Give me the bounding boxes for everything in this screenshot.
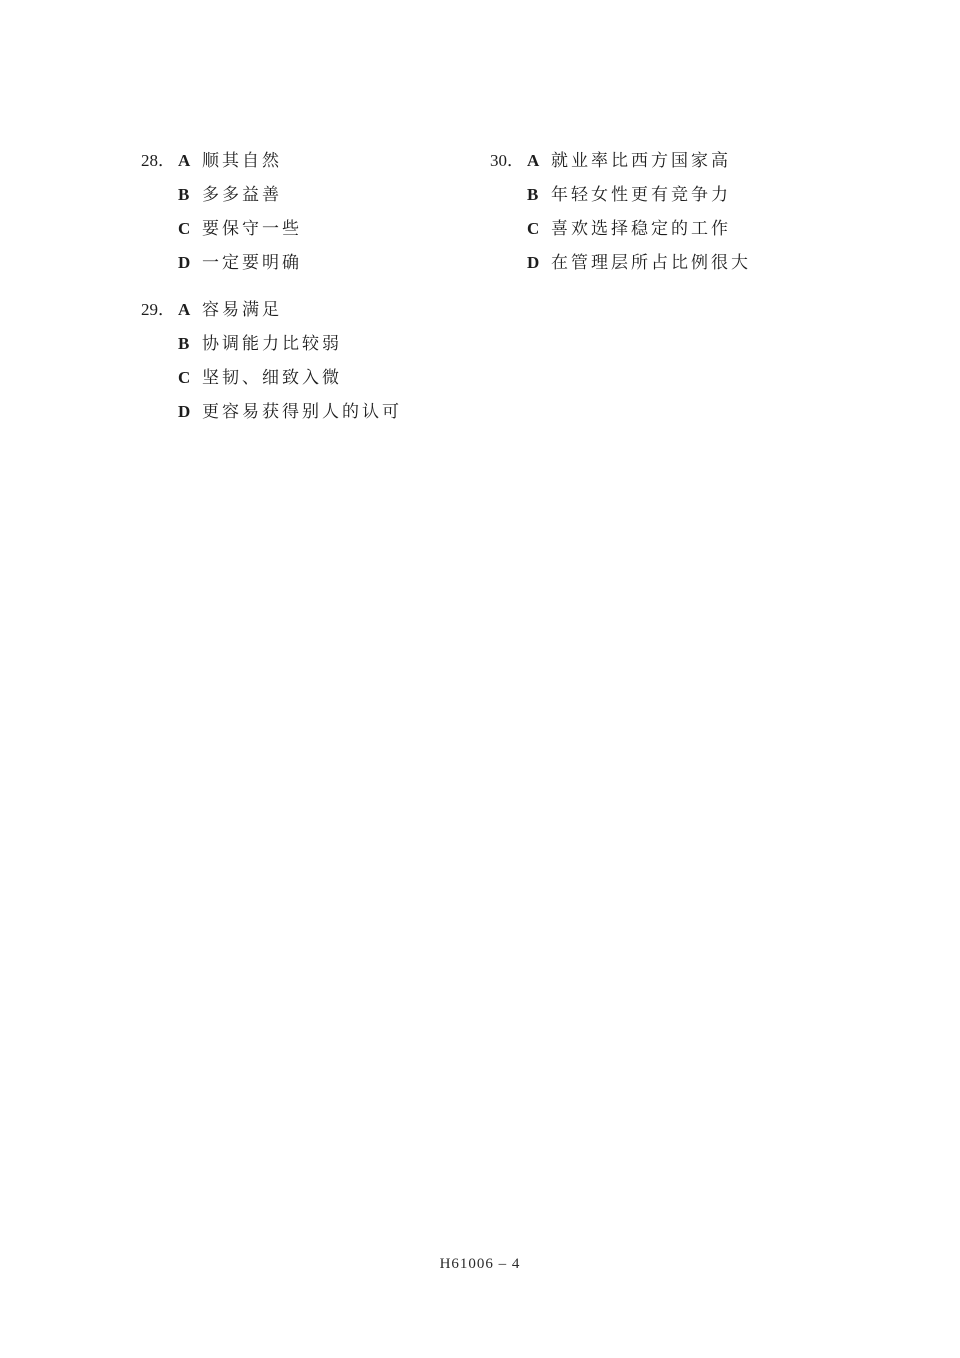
- option-label: C: [178, 361, 202, 395]
- option-label: D: [178, 395, 202, 429]
- option-label: B: [527, 178, 551, 212]
- option-row: B 多多益善: [178, 178, 302, 212]
- option-text: 一定要明确: [202, 246, 302, 280]
- question-28: 28． A 顺其自然 B 多多益善 C 要保守一些 D 一定要明确: [141, 144, 302, 280]
- option-row: C 坚韧、细致入微: [178, 361, 402, 395]
- option-row: C 要保守一些: [178, 212, 302, 246]
- page-footer: H61006 – 4: [0, 1256, 960, 1273]
- question-28-number: 28．: [141, 144, 178, 178]
- option-row: D 一定要明确: [178, 246, 302, 280]
- option-row: A 就业率比西方国家高: [527, 144, 751, 178]
- option-text: 更容易获得别人的认可: [202, 395, 402, 429]
- option-row: C 喜欢选择稳定的工作: [527, 212, 751, 246]
- option-row: A 顺其自然: [178, 144, 302, 178]
- question-30-number: 30．: [490, 144, 527, 178]
- option-label: C: [527, 212, 551, 246]
- option-row: A 容易满足: [178, 293, 402, 327]
- question-30-options: A 就业率比西方国家高 B 年轻女性更有竞争力 C 喜欢选择稳定的工作 D 在管…: [527, 144, 751, 280]
- option-label: A: [178, 293, 202, 327]
- question-29-number: 29．: [141, 293, 178, 327]
- option-label: A: [527, 144, 551, 178]
- option-label: B: [178, 327, 202, 361]
- option-text: 年轻女性更有竞争力: [551, 178, 731, 212]
- option-label: A: [178, 144, 202, 178]
- option-text: 坚韧、细致入微: [202, 361, 342, 395]
- option-text: 容易满足: [202, 293, 282, 327]
- option-row: D 更容易获得别人的认可: [178, 395, 402, 429]
- option-label: B: [178, 178, 202, 212]
- option-label: D: [527, 246, 551, 280]
- option-text: 多多益善: [202, 178, 282, 212]
- question-29: 29． A 容易满足 B 协调能力比较弱 C 坚韧、细致入微 D 更容易获得别人…: [141, 293, 402, 429]
- exam-page: 28． A 顺其自然 B 多多益善 C 要保守一些 D 一定要明确 29．: [0, 0, 960, 1358]
- question-28-options: A 顺其自然 B 多多益善 C 要保守一些 D 一定要明确: [178, 144, 302, 280]
- option-text: 喜欢选择稳定的工作: [551, 212, 731, 246]
- question-30: 30． A 就业率比西方国家高 B 年轻女性更有竞争力 C 喜欢选择稳定的工作 …: [490, 144, 751, 280]
- option-text: 协调能力比较弱: [202, 327, 342, 361]
- option-text: 就业率比西方国家高: [551, 144, 731, 178]
- option-label: C: [178, 212, 202, 246]
- option-text: 在管理层所占比例很大: [551, 246, 751, 280]
- option-row: D 在管理层所占比例很大: [527, 246, 751, 280]
- option-text: 要保守一些: [202, 212, 302, 246]
- option-row: B 协调能力比较弱: [178, 327, 402, 361]
- question-29-options: A 容易满足 B 协调能力比较弱 C 坚韧、细致入微 D 更容易获得别人的认可: [178, 293, 402, 429]
- option-label: D: [178, 246, 202, 280]
- option-text: 顺其自然: [202, 144, 282, 178]
- option-row: B 年轻女性更有竞争力: [527, 178, 751, 212]
